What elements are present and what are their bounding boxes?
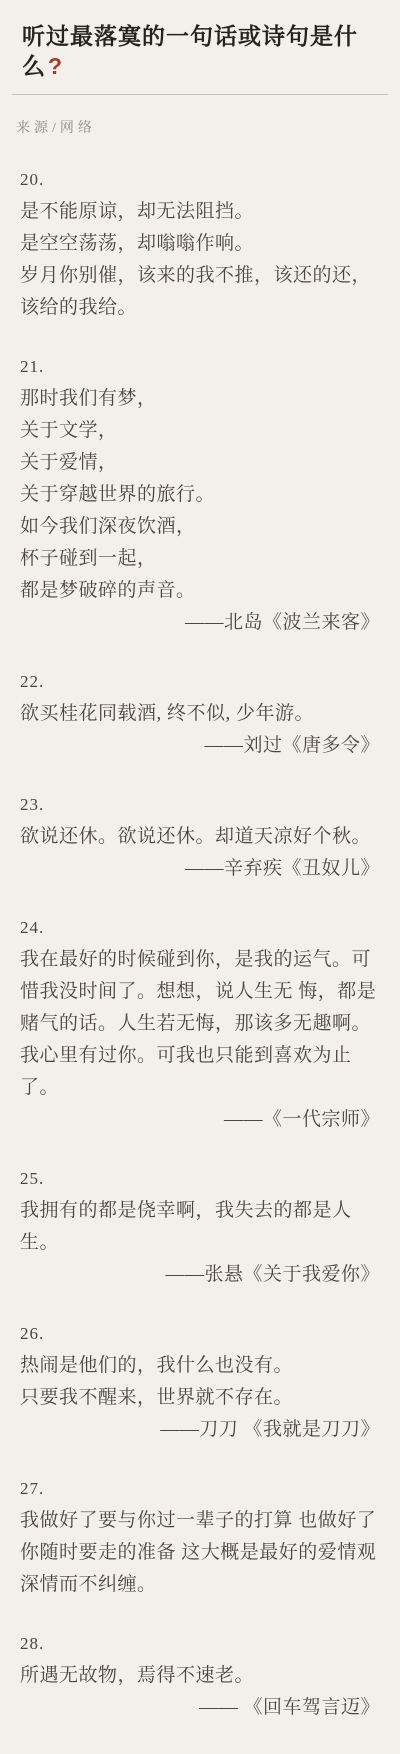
section-lines: 那时我们有梦，关于文学，关于爱情，关于穿越世界的旅行。如今我们深夜饮酒，杯子碰到…	[20, 383, 380, 607]
quote-page: 听过最落寞的一句话或诗句是什么? 来源/网络 20. 是不能原谅，却无法阻挡。是…	[0, 0, 400, 1754]
quote-section: 23. 欲说还休。欲说还休。却道天凉好个秋。 ——辛弃疾《丑奴儿》	[20, 789, 380, 885]
section-number: 20.	[20, 164, 380, 196]
section-number: 24.	[20, 912, 380, 944]
quote-section: 25. 我拥有的都是侥幸啊，我失去的都是人生。 ——张悬《关于我爱你》	[20, 1163, 380, 1291]
section-number: 28.	[20, 1628, 380, 1660]
section-lines: 我做好了要与你过一辈子的打算 也做好了你随时要走的准备 这大概是最好的爱情观 深…	[20, 1505, 380, 1601]
section-attribution: ——《一代宗师》	[20, 1104, 380, 1136]
quote-line: 关于穿越世界的旅行。	[20, 479, 380, 511]
quote-line: 都是梦破碎的声音。	[20, 575, 380, 607]
quote-section: 24. 我在最好的时候碰到你，是我的运气。可惜我没时间了。想想，说人生无 悔，都…	[20, 912, 380, 1136]
section-attribution: ——北岛《波兰来客》	[20, 607, 380, 639]
section-lines: 所遇无故物，焉得不速老。	[20, 1660, 380, 1692]
quote-section: 27. 我做好了要与你过一辈子的打算 也做好了你随时要走的准备 这大概是最好的爱…	[20, 1473, 380, 1601]
section-attribution: ——张悬《关于我爱你》	[20, 1259, 380, 1291]
section-number: 21.	[20, 351, 380, 383]
quote-section: 26. 热闹是他们的，我什么也没有。只要我不醒来，世界就不存在。 ——刀刀 《我…	[20, 1318, 380, 1446]
page-title-text: 听过最落寞的一句话或诗句是什么	[22, 23, 358, 79]
quote-line: 欲买桂花同载酒, 终不似, 少年游。	[20, 698, 380, 730]
quote-line: 我在最好的时候碰到你，是我的运气。可惜我没时间了。想想，说人生无 悔，都是赌气的…	[20, 944, 380, 1104]
quote-section: 20. 是不能原谅，却无法阻挡。是空空荡荡，却嗡嗡作响。岁月你别催，该来的我不推…	[20, 164, 380, 324]
section-number: 23.	[20, 789, 380, 821]
quote-line: 是不能原谅，却无法阻挡。	[20, 196, 380, 228]
section-lines: 欲说还休。欲说还休。却道天凉好个秋。	[20, 821, 380, 853]
quote-line: 是空空荡荡，却嗡嗡作响。	[20, 228, 380, 260]
quote-line: 关于文学，	[20, 415, 380, 447]
section-number: 26.	[20, 1318, 380, 1350]
section-number: 22.	[20, 666, 380, 698]
section-attribution: ——辛弃疾《丑奴儿》	[20, 853, 380, 885]
section-attribution: ——刀刀 《我就是刀刀》	[20, 1414, 380, 1446]
quote-line: 那时我们有梦，	[20, 383, 380, 415]
quote-section: 22. 欲买桂花同载酒, 终不似, 少年游。 ——刘过《唐多令》	[20, 666, 380, 762]
quote-line: 如今我们深夜饮酒，	[20, 511, 380, 543]
quote-line: 只要我不醒来，世界就不存在。	[20, 1382, 380, 1414]
sections: 20. 是不能原谅，却无法阻挡。是空空荡荡，却嗡嗡作响。岁月你别催，该来的我不推…	[20, 164, 380, 1724]
page-title: 听过最落寞的一句话或诗句是什么?	[22, 22, 380, 82]
quote-line: 关于爱情，	[20, 447, 380, 479]
section-attribution: ——刘过《唐多令》	[20, 730, 380, 762]
section-lines: 热闹是他们的，我什么也没有。只要我不醒来，世界就不存在。	[20, 1350, 380, 1414]
section-lines: 我拥有的都是侥幸啊，我失去的都是人生。	[20, 1195, 380, 1259]
section-attribution: —— 《回车驾言迈》	[20, 1692, 380, 1724]
source-label: 来源/网络	[16, 117, 380, 137]
section-lines: 欲买桂花同载酒, 终不似, 少年游。	[20, 698, 380, 730]
quote-line: 我拥有的都是侥幸啊，我失去的都是人生。	[20, 1195, 380, 1259]
quote-line: 岁月你别催，该来的我不推，该还的还，该给的我给。	[20, 260, 380, 324]
quote-line: 热闹是他们的，我什么也没有。	[20, 1350, 380, 1382]
section-lines: 是不能原谅，却无法阻挡。是空空荡荡，却嗡嗡作响。岁月你别催，该来的我不推，该还的…	[20, 196, 380, 324]
quote-line: 欲说还休。欲说还休。却道天凉好个秋。	[20, 821, 380, 853]
quote-section: 28. 所遇无故物，焉得不速老。 —— 《回车驾言迈》	[20, 1628, 380, 1724]
section-number: 25.	[20, 1163, 380, 1195]
quote-section: 21. 那时我们有梦，关于文学，关于爱情，关于穿越世界的旅行。如今我们深夜饮酒，…	[20, 351, 380, 639]
title-divider	[12, 94, 388, 95]
quote-line: 所遇无故物，焉得不速老。	[20, 1660, 380, 1692]
page-title-question-mark: ?	[48, 53, 63, 79]
section-number: 27.	[20, 1473, 380, 1505]
section-lines: 我在最好的时候碰到你，是我的运气。可惜我没时间了。想想，说人生无 悔，都是赌气的…	[20, 944, 380, 1104]
quote-line: 杯子碰到一起，	[20, 543, 380, 575]
quote-line: 我做好了要与你过一辈子的打算 也做好了你随时要走的准备 这大概是最好的爱情观 深…	[20, 1505, 380, 1601]
